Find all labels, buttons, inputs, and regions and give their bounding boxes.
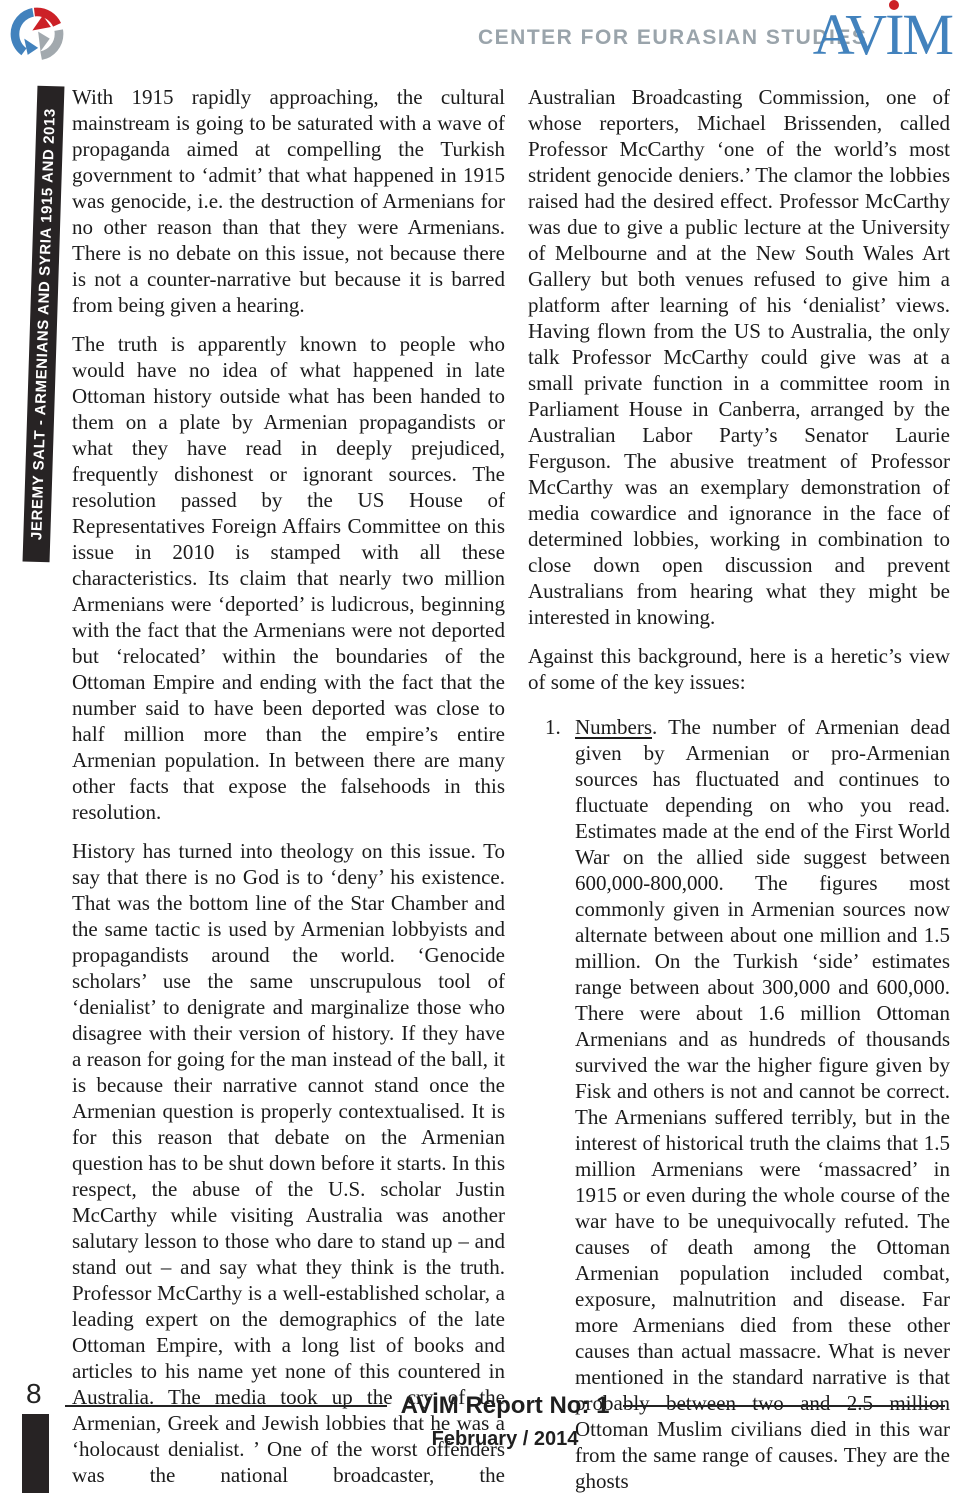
list-item-term: Numbers: [575, 715, 652, 739]
list-item-text: . The number of Armenian dead given by A…: [575, 715, 950, 1493]
body-paragraph: Australian Broadcasting Commission, one …: [528, 84, 950, 630]
avim-emblem-logo: [8, 5, 66, 63]
list-item-body: Numbers. The number of Armenian dead giv…: [575, 714, 950, 1493]
article-body: With 1915 rapidly approaching, the cultu…: [72, 84, 950, 1493]
body-paragraph: History has turned into theology on this…: [72, 838, 505, 1488]
body-paragraph: The truth is apparently known to people …: [72, 331, 505, 825]
body-paragraph: Against this background, here is a heret…: [528, 643, 950, 695]
numbered-list-item: 1. Numbers. The number of Armenian dead …: [528, 714, 950, 1493]
footer-report-label: AVİM Report No: 1: [401, 1392, 610, 1420]
right-column: Australian Broadcasting Commission, one …: [528, 84, 950, 1493]
wordmark-left: AV: [813, 4, 885, 66]
footer-date-label: February / 2014: [65, 1428, 945, 1451]
wordmark-dot-icon: [889, 0, 899, 10]
page-number: 8: [26, 1378, 42, 1410]
wordmark-dotted-i: I: [885, 4, 902, 66]
sidebar-title-label: JEREMY SALT - ARMENIANS AND SYRIA 1915 A…: [28, 108, 59, 541]
footer-rule-right: [623, 1405, 945, 1407]
footer-rule-left: [65, 1405, 387, 1407]
page-number-bar: [22, 1414, 49, 1493]
body-paragraph: With 1915 rapidly approaching, the cultu…: [72, 84, 505, 318]
footer: AVİM Report No: 1: [65, 1392, 945, 1420]
header-center-label: CENTER FOR EURASIAN STUDIES: [478, 26, 814, 50]
sidebar-title-bar: JEREMY SALT - ARMENIANS AND SYRIA 1915 A…: [23, 86, 65, 563]
wordmark-right: M: [902, 4, 952, 66]
avim-wordmark: AVIM: [813, 4, 952, 66]
list-item-marker: 1.: [545, 714, 575, 1493]
left-column: With 1915 rapidly approaching, the cultu…: [72, 84, 505, 1493]
report-page: CENTER FOR EURASIAN STUDIES AVIM JEREMY …: [0, 0, 960, 1493]
